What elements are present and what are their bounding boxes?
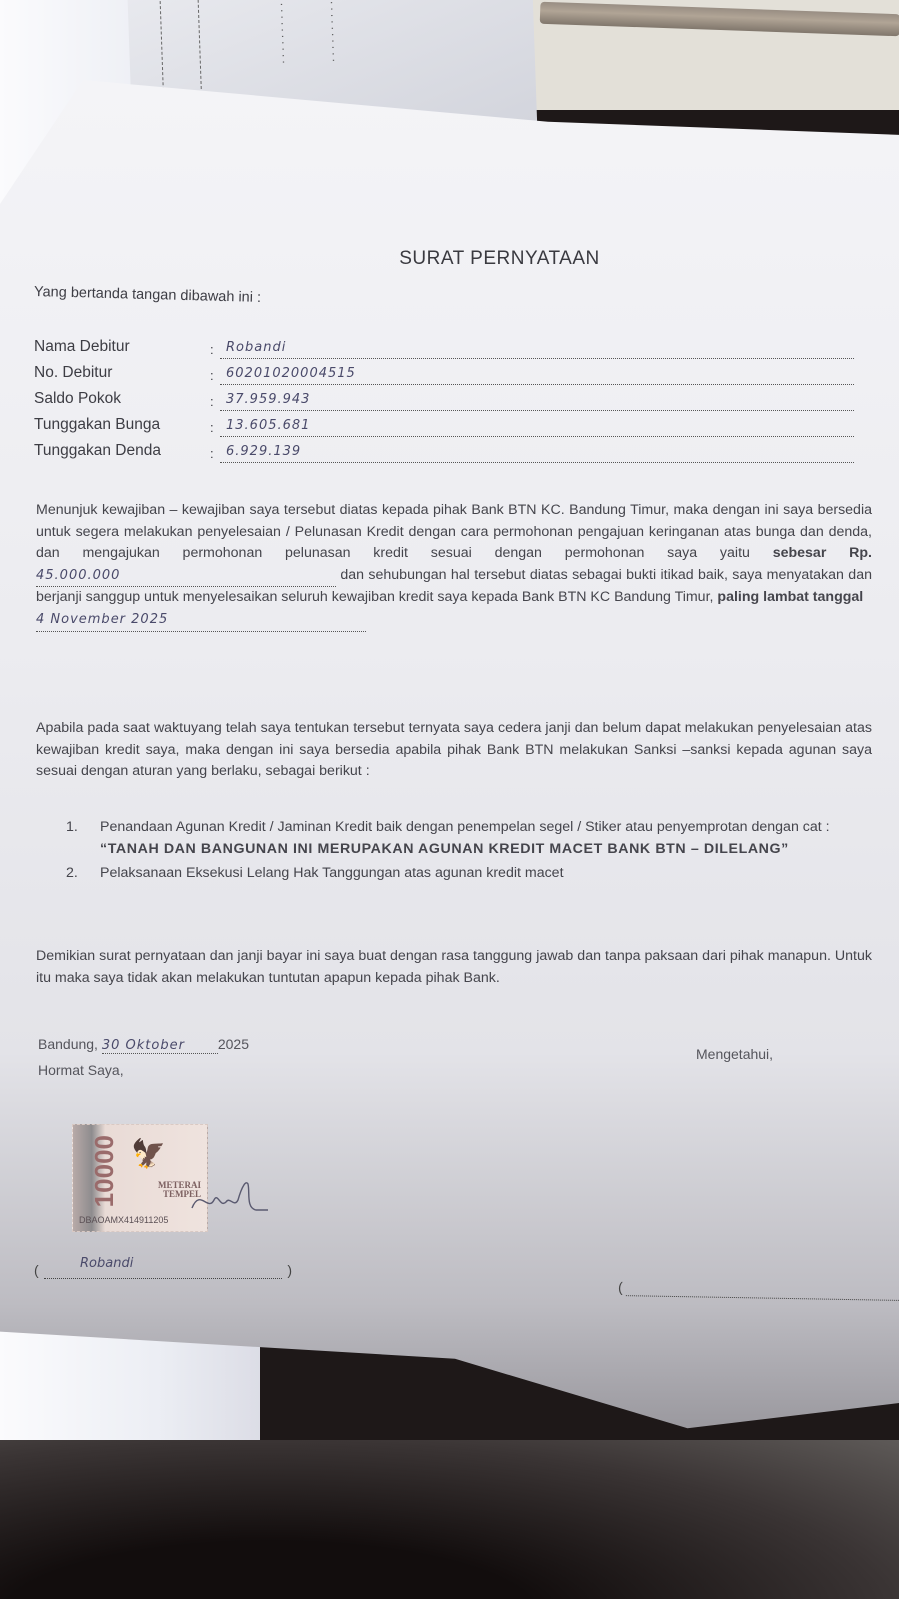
debtor-number-field[interactable]: 60201020004515 xyxy=(220,366,854,385)
field-label: Tunggakan Bunga xyxy=(34,416,160,434)
field-row-debtor-name: Nama Debitur : Robandi xyxy=(34,338,854,364)
stamp-serial: DBAOAMX414911205 xyxy=(79,1215,168,1225)
interest-arrears-field[interactable]: 13.605.681 xyxy=(220,418,854,437)
deadline-label: paling lambat tanggal xyxy=(717,589,863,605)
sanctions-list: 1. Penandaan Agunan Kredit / Jaminan Kre… xyxy=(66,816,876,886)
statement-letter: SURAT PERNYATAAN Yang bertanda tangan di… xyxy=(0,0,899,1599)
signature-icon xyxy=(190,1178,270,1218)
signer-signature-line: ( Robandi ) xyxy=(34,1262,292,1282)
list-item: 1. Penandaan Agunan Kredit / Jaminan Kre… xyxy=(66,816,876,860)
list-text: Pelaksanaan Eksekusi Lelang Hak Tanggung… xyxy=(100,865,564,881)
field-row-debtor-number: No. Debitur : 60201020004515 xyxy=(34,364,854,390)
date-field[interactable]: 30 Oktober xyxy=(102,1036,218,1054)
list-text: Penandaan Agunan Kredit / Jaminan Kredit… xyxy=(100,819,830,835)
place: Bandung, xyxy=(38,1036,98,1052)
debtor-name-field[interactable]: Robandi xyxy=(220,340,854,359)
garuda-emblem-icon: 🦅 xyxy=(131,1137,166,1170)
list-number: 2. xyxy=(66,862,78,884)
regards-text: Hormat Saya, xyxy=(38,1062,124,1078)
date-value: 30 Oktober xyxy=(102,1038,185,1053)
intro-text: Yang bertanda tangan dibawah ini : xyxy=(34,284,261,306)
signer-name: Robandi xyxy=(80,1256,133,1271)
acknowledge-text: Mengetahui, xyxy=(696,1046,773,1062)
principal-balance-field[interactable]: 37.959.943 xyxy=(220,392,854,411)
field-colon: : xyxy=(210,446,214,461)
field-colon: : xyxy=(210,342,214,357)
deadline-value: 4 November 2025 xyxy=(36,612,168,627)
field-row-penalty-arrears: Tunggakan Denda : 6.929.139 xyxy=(34,442,854,468)
amount-value: 45.000.000 xyxy=(36,568,120,583)
field-colon: : xyxy=(210,420,214,435)
stamp-value: 10000 xyxy=(89,1135,120,1207)
field-label: Saldo Pokok xyxy=(34,390,121,408)
paragraph-text: Menunjuk kewajiban – kewajiban saya ters… xyxy=(36,502,872,561)
list-item: 2. Pelaksanaan Eksekusi Lelang Hak Tangg… xyxy=(66,862,876,884)
amount-field[interactable]: 45.000.000 xyxy=(36,565,336,588)
field-label: Nama Debitur xyxy=(34,338,130,356)
field-label: No. Debitur xyxy=(34,364,112,382)
bracket-close: ) xyxy=(287,1262,292,1278)
amount-label: sebesar Rp. xyxy=(773,545,872,561)
field-label: Tunggakan Denda xyxy=(34,442,161,460)
deadline-field[interactable]: 4 November 2025 xyxy=(36,609,366,632)
field-row-principal-balance: Saldo Pokok : 37.959.943 xyxy=(34,390,854,416)
bracket-open: ( xyxy=(34,1262,39,1278)
field-row-interest-arrears: Tunggakan Bunga : 13.605.681 xyxy=(34,416,854,442)
acknowledger-signature-line: ( xyxy=(618,1279,899,1304)
place-date: Bandung, 30 Oktober2025 xyxy=(38,1036,249,1054)
list-number: 1. xyxy=(66,816,78,838)
paragraph-closing: Demikian surat pernyataan dan janji baya… xyxy=(36,946,872,989)
field-colon: : xyxy=(210,368,214,383)
field-colon: : xyxy=(210,394,214,409)
revenue-stamp: 10000 🦅 METERAI TEMPEL DBAOAMX414911205 xyxy=(72,1124,208,1232)
year: 2025 xyxy=(218,1036,249,1052)
paragraph-sanctions-intro: Apabila pada saat waktuyang telah saya t… xyxy=(36,718,872,783)
document-title: SURAT PERNYATAAN xyxy=(0,248,899,270)
debtor-fields: Nama Debitur : Robandi No. Debitur : 602… xyxy=(34,338,854,468)
list-emphasis: “TANAH DAN BANGUNAN INI MERUPAKAN AGUNAN… xyxy=(100,841,789,857)
bracket-open: ( xyxy=(618,1279,623,1295)
dotted-line xyxy=(626,1283,899,1301)
penalty-arrears-field[interactable]: 6.929.139 xyxy=(220,444,854,463)
paragraph-obligation: Menunjuk kewajiban – kewajiban saya ters… xyxy=(36,500,872,632)
